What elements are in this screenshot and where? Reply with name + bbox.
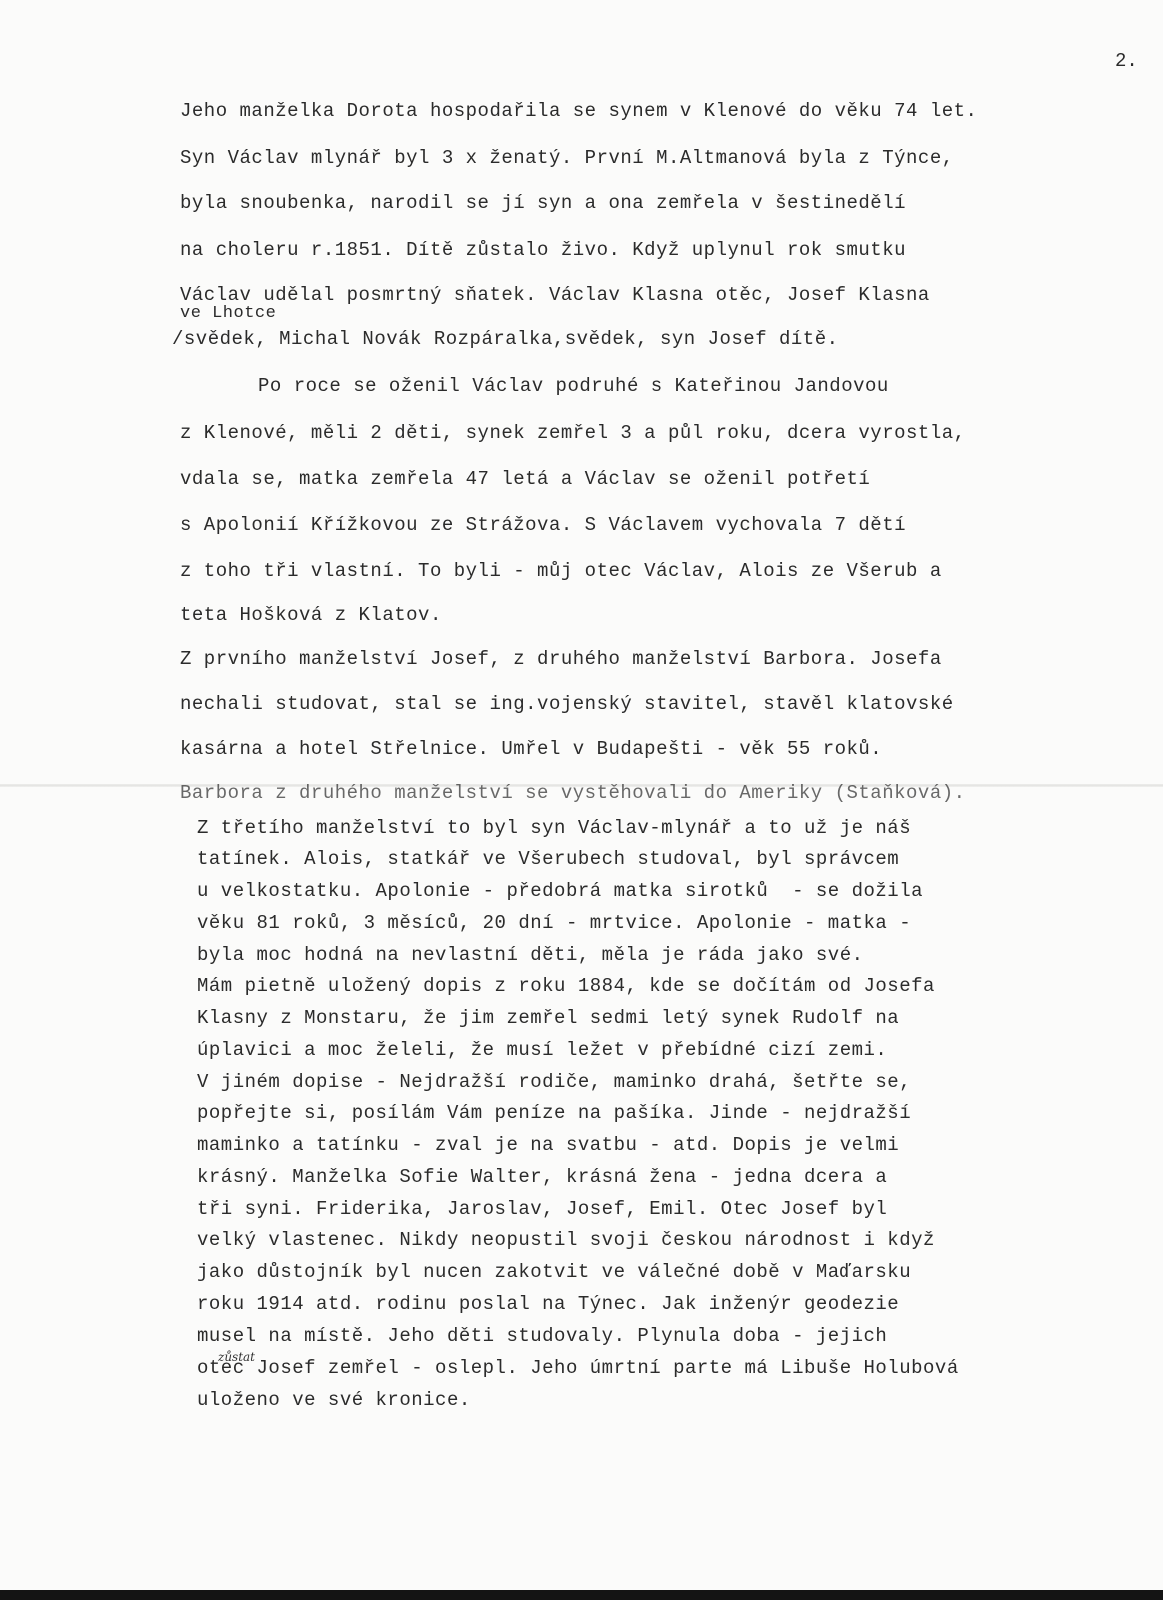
text-line: nechali studovat, stal se ing.vojenský s… (180, 693, 954, 715)
text-line: z toho tři vlastní. To byli - můj otec V… (180, 560, 942, 582)
text-line: roku 1914 atd. rodinu poslal na Týnec. J… (197, 1293, 899, 1315)
text-line: maminko a tatínku - zval je na svatbu - … (197, 1134, 899, 1156)
text-line: V jiném dopise - Nejdražší rodiče, mamin… (197, 1071, 911, 1093)
text-line: z Klenové, měli 2 děti, synek zemřel 3 a… (180, 422, 966, 444)
text-line: s Apolonií Křížkovou ze Strážova. S Václ… (180, 514, 906, 536)
paragraph-start-line: Po roce se oženil Václav podruhé s Kateř… (258, 375, 889, 397)
text-line: byla moc hodná na nevlastní děti, měla j… (197, 944, 864, 966)
text-line: velký vlastenec. Nikdy neopustil svoji č… (197, 1229, 935, 1251)
text-line: /svědek, Michal Novák Rozpáralka,svědek,… (172, 328, 839, 350)
text-line: krásný. Manželka Sofie Walter, krásná že… (197, 1166, 887, 1188)
text-line: na choleru r.1851. Dítě zůstalo živo. Kd… (180, 239, 906, 261)
page-number: 2. (1115, 50, 1138, 72)
text-line: byla snoubenka, narodil se jí syn a ona … (180, 192, 906, 214)
text-line: Z třetího manželství to byl syn Václav-m… (197, 817, 911, 839)
text-line: věku 81 roků, 3 měsíců, 20 dní - mrtvice… (197, 912, 911, 934)
text-line: u velkostatku. Apolonie - předobrá matka… (197, 880, 923, 902)
text-line: Z prvního manželství Josef, z druhého ma… (180, 648, 942, 670)
text-line: Klasny z Monstaru, že jim zemřel sedmi l… (197, 1007, 899, 1029)
text-line: tři syni. Friderika, Jaroslav, Josef, Em… (197, 1198, 887, 1220)
text-line: jako důstojník byl nucen zakotvit ve vál… (197, 1261, 911, 1283)
scan-bottom-edge (0, 1590, 1163, 1600)
text-line: Barbora z druhého manželství se vystěhov… (180, 782, 966, 804)
text-line: vdala se, matka zemřela 47 letá a Václav… (180, 468, 870, 490)
text-line: Václav udělal posmrtný sňatek. Václav Kl… (180, 284, 930, 306)
text-line: teta Hošková z Klatov. (180, 604, 442, 626)
text-line: tatínek. Alois, statkář ve Všerubech stu… (197, 848, 899, 870)
text-line: úplavici a moc želeli, že musí ležet v p… (197, 1039, 887, 1061)
text-line: popřejte si, posílám Vám peníze na pašík… (197, 1102, 911, 1124)
text-line: musel na místě. Jeho děti studovaly. Ply… (197, 1325, 887, 1347)
text-line: uloženo ve své kronice. (197, 1389, 471, 1411)
text-line: Jeho manželka Dorota hospodařila se syne… (180, 100, 977, 122)
text-line: Mám pietně uložený dopis z roku 1884, kd… (197, 975, 935, 997)
text-line: otec Josef zemřel - oslepl. Jeho úmrtní … (197, 1357, 959, 1379)
text-line: Syn Václav mlynář byl 3 x ženatý. První … (180, 147, 954, 169)
document-page: 2. Jeho manželka Dorota hospodařila se s… (0, 0, 1163, 1590)
text-line-inserted: ve Lhotce (180, 304, 276, 323)
text-line: kasárna a hotel Střelnice. Umřel v Budap… (180, 738, 882, 760)
